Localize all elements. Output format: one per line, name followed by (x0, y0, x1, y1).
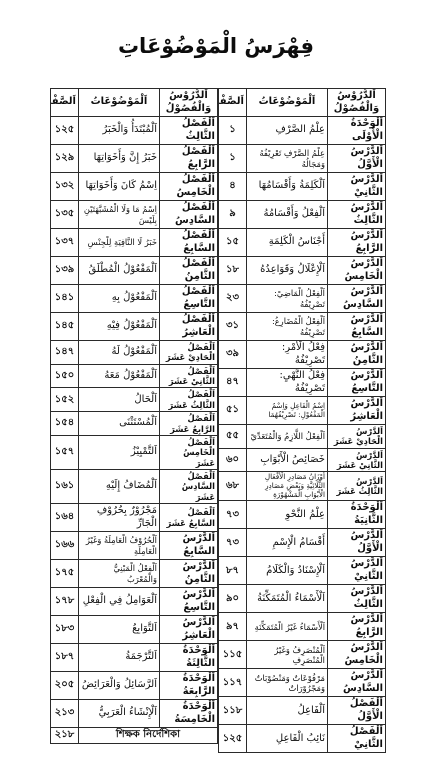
lesson-cell: اَلْفَصْلُ الْخَامِسُ (160, 173, 218, 201)
page-number-cell: ১৬১ (51, 469, 79, 503)
header-row: اَلدُّرُوْسُ وَالْفُصُوْلُاَلْمَوْضُوْعَ… (51, 89, 218, 117)
topic-cell: اَلتَّرْجَمَةُ (79, 644, 160, 672)
page-number-cell: ৯ (219, 201, 247, 229)
topic-cell: اَلْمُبْتَدَأُ وَالْخَبَرُ (79, 117, 160, 145)
toc-section-first: اَلدُّرُوْسُ وَالْفُصُوْلُاَلْمَوْضُوْعَ… (218, 88, 386, 753)
table-row: اَلدَّرْسُ السَّادِسُمَرْفُوْعَاتٌ وَمَن… (219, 669, 386, 697)
lesson-cell: اَلدَّرْسُ الثَّانِيْ عَشَرَ (328, 448, 386, 472)
table-row: اَلدَّرْسُ الْخَامِسُاَلْمُنْصَرِفُ وَغَ… (219, 641, 386, 669)
lesson-cell: اَلْفَصْلُ التَّاسِعُ (160, 285, 218, 313)
table-row: اَلْفَصْلُ الرَّابِعُخَبَرُ إِنَّ وَأَخَ… (51, 145, 218, 173)
table-row: اَلْوَحْدَةُ الثَّالِثَةُاَلتَّرْجَمَةُ১… (51, 644, 218, 672)
lesson-cell: اَلدَّرْسُ السَّابِعُ (160, 532, 218, 560)
page-number-cell: ১৩২ (51, 173, 79, 201)
topic-cell: اَلْإِعْلَالُ وَقَوَاعِدُهُ (247, 257, 328, 285)
topic-cell: أَقْسَامُ الْإِسْمِ (247, 529, 328, 557)
page-number-cell: ১ (219, 117, 247, 145)
table-row: শিক্ষক নির্দেশিকা২১৮ (51, 728, 218, 744)
table-row: اَلْفَصْلُ الثَّالِثُاَلْمُبْتَدَأُ وَال… (51, 117, 218, 145)
lesson-cell: اَلْفَصْلُ الثَّانِيْ عَشَرَ (160, 364, 218, 388)
topic-cell: نَائِبُ الْفَاعِلِ (247, 725, 328, 753)
table-row: اَلدَّرْسُ السَّادِسُاَلْفِعْلُ الْمَاضِ… (219, 285, 386, 313)
table-row: اَلْفَصْلُ السَّادِسُاِسْمُ مَا وَلَا ال… (51, 201, 218, 229)
lesson-cell: اَلْفَصْلُ الرَّابِعُ عَشَرَ (160, 412, 218, 436)
lesson-cell: اَلْفَصْلُ الْحَادِيْ عَشَرَ (160, 341, 218, 365)
page-number-cell: ১২৯ (51, 145, 79, 173)
table-row: اَلْوَحْدَةُ الْخَامِسَةُاَلْإِنْشَاءُ ا… (51, 700, 218, 728)
topic-cell: خَبَرُ لَا النَّافِيَةِ لِلْجِنْسِ (79, 229, 160, 257)
lesson-cell: اَلدَّرْسُ الثَّامِنُ (328, 341, 386, 369)
table-row: اَلْفَصْلُ الْعَاشِرُاَلْمَفْعُوْلُ فِيْ… (51, 313, 218, 341)
page-number-cell: ৬০ (219, 448, 247, 472)
lesson-cell: اَلْفَصْلُ الثَّالِثُ عَشَرَ (160, 388, 218, 412)
lesson-cell: اَلْفَصْلُ الْعَاشِرُ (160, 313, 218, 341)
lesson-cell: اَلْفَصْلُ السَّابِعُ عَشَرَ (160, 504, 218, 532)
topic-cell: فِعْلُ النَّهْيِ: تَصْرِيْفُهُ (247, 369, 328, 397)
page-number-cell: ১১৫ (219, 641, 247, 669)
column-header-lessons: اَلدُّرُوْسُ وَالْفُصُوْلُ (328, 89, 386, 117)
lesson-cell: اَلدَّرْسُ السَّادِسُ (328, 285, 386, 313)
page-number-cell: ৫১ (219, 397, 247, 425)
table-row: اَلدَّرْسُ الثَّانِيْ عَشَرَخَصَائِصُ ال… (219, 448, 386, 472)
lesson-cell: اَلدَّرْسُ الْحَادِيْ عَشَرَ (328, 425, 386, 449)
topic-cell: اَلْمَفْعُوْلُ بِهِ (79, 285, 160, 313)
topic-cell: اَلْفِعْلُ الْمَبْنِيُّ وَالْمُعْرَبُ (79, 560, 160, 588)
topic-cell: اَلْإِنْشَاءُ الْعَرَبِيُّ (79, 700, 160, 728)
page-number-cell: ১৫০ (51, 364, 79, 388)
column-header-page: اَلصَّفْحَةُ (51, 89, 79, 117)
page-number-cell: ১৬৪ (51, 504, 79, 532)
topic-cell: اَلْمَفْعُوْلُ لَهُ (79, 341, 160, 365)
lesson-cell: اَلدَّرْسُ الْخَامِسُ (328, 641, 386, 669)
lesson-cell: اَلدَّرْسُ الثَّالِثُ عَشَرَ (328, 472, 386, 501)
toc-section-second: اَلدُّرُوْسُ وَالْفُصُوْلُاَلْمَوْضُوْعَ… (50, 88, 218, 744)
lesson-cell: اَلدَّرْسُ الثَّالِثُ (328, 201, 386, 229)
page-number-cell: ১৭৮ (51, 588, 79, 616)
page-number-cell: ৪ (219, 173, 247, 201)
page-number-cell: ১১৮ (219, 697, 247, 725)
page-number-cell: ১৪১ (51, 285, 79, 313)
column-header-lessons: اَلدُّرُوْسُ وَالْفُصُوْلُ (160, 89, 218, 117)
topic-cell: اِسْمُ كَانَ وَأَخَوَاتِهَا (79, 173, 160, 201)
topic-cell: اَلْفَاعِلُ (247, 697, 328, 725)
table-row: اَلدَّرْسُ الثَّامِنُفِعْلُ الْأَمْرِ: ت… (219, 341, 386, 369)
page-number-cell: ৩১ (219, 313, 247, 341)
topic-cell: اَلْأَسْمَاءُ الْمُتَمَكِّنَةُ (247, 585, 328, 613)
lesson-cell: اَلْوَحْدَةُ الثَّالِثَةُ (160, 644, 218, 672)
lesson-cell: اَلْفَصْلُ الثَّالِثُ (160, 117, 218, 145)
topic-cell: اَلتَّمْيِيْزُ (79, 435, 160, 469)
page-number-cell: ৯০ (219, 585, 247, 613)
lesson-cell: اَلْفَصْلُ الْأَوَّلُ (328, 697, 386, 725)
lesson-cell: اَلدَّرْسُ الْأَوَّلُ (328, 145, 386, 173)
topic-cell: اَلْمُضَافُ إِلَيْهِ (79, 469, 160, 503)
lesson-cell: اَلْوَحْدَةُ الْأُوْلَى (328, 117, 386, 145)
table-row: اَلْفَصْلُ الثَّانِيْنَائِبُ الْفَاعِلِ১… (219, 725, 386, 753)
page-number-cell: ৫৫ (219, 425, 247, 449)
topic-cell: اَلْمُنْصَرِفُ وَغَيْرُ الْمُنْصَرِفِ (247, 641, 328, 669)
page-number-cell: ১৫৭ (51, 435, 79, 469)
lesson-cell: اَلدَّرْسُ الْأَوَّلُ (328, 529, 386, 557)
topic-cell: خَبَرُ إِنَّ وَأَخَوَاتِهَا (79, 145, 160, 173)
table-row: اَلدَّرْسُ الثَّالِثُاَلْأَسْمَاءُ الْمُ… (219, 585, 386, 613)
page-number-cell: ১১৭ (219, 669, 247, 697)
table-row: اَلْفَصْلُ الْحَادِيْ عَشَرَاَلْمَفْعُوْ… (51, 341, 218, 365)
table-row: اَلْفَصْلُ السَّابِعُ عَشَرَمَجْرُوْرٌ ب… (51, 504, 218, 532)
page-number-cell: ২১৩ (51, 700, 79, 728)
page-number-cell: ৬৮ (219, 472, 247, 501)
topic-cell: اَلْعَوَامِلُ فِي الْفِعْلِ (79, 588, 160, 616)
table-row: اَلدَّرْسُ السَّابِعُاَلْحُرُوْفُ الْعَا… (51, 532, 218, 560)
page-number-cell: ১৩৯ (51, 257, 79, 285)
lesson-cell: اَلدَّرْسُ الْعَاشِرُ (160, 616, 218, 644)
table-row: اَلْفَصْلُ الرَّابِعُ عَشَرَاَلْمُسْتَثْ… (51, 412, 218, 436)
page-number-cell: ১ (219, 145, 247, 173)
table-row: اَلْفَصْلُ الثَّامِنُاَلْمَفْعُوْلُ الْم… (51, 257, 218, 285)
table-row: اَلْوَحْدَةُ الرَّابِعَةُاَلرَّسَائِلُ و… (51, 672, 218, 700)
page-number-cell: ৩৯ (219, 341, 247, 369)
topic-cell: اَلْفِعْلُ اللَّازِمُ وَالْمُتَعَدِّيْ (247, 425, 328, 449)
column-header-topics: اَلْمَوْضُوْعَاتُ (79, 89, 160, 117)
topic-cell: فِعْلُ الْأَمْرِ: تَصْرِيْفُهُ (247, 341, 328, 369)
table-row: اَلدَّرْسُ التَّاسِعُاَلْعَوَامِلُ فِي ا… (51, 588, 218, 616)
lesson-cell: اَلدَّرْسُ الثَّانِيْ (328, 557, 386, 585)
page-number-cell: ১৫২ (51, 388, 79, 412)
page-number-cell: ১৫৪ (51, 412, 79, 436)
table-row: اَلدَّرْسُ التَّاسِعُفِعْلُ النَّهْيِ: ت… (219, 369, 386, 397)
table-row: اَلدَّرْسُ الثَّالِثُ عَشَرَأَوْزَانُ مَ… (219, 472, 386, 501)
topic-cell: أَجْنَاسُ الْكَلِمَةِ (247, 229, 328, 257)
lesson-cell: اَلْفَصْلُ الرَّابِعُ (160, 145, 218, 173)
topic-cell: مَرْفُوْعَاتٌ وَمَنْصُوْبَاتٌ وَمَجْرُوْ… (247, 669, 328, 697)
table-row: اَلدَّرْسُ الرَّابِعُأَجْنَاسُ الْكَلِمَ… (219, 229, 386, 257)
table-row: اَلدَّرْسُ الثَّانِيْاَلْإِسْنَادُ وَالْ… (219, 557, 386, 585)
lesson-cell: اَلْفَصْلُ السَّادِسُ عَشَرَ (160, 469, 218, 503)
table-row: اَلْفَصْلُ السَّادِسُ عَشَرَاَلْمُضَافُ … (51, 469, 218, 503)
lesson-cell: اَلدَّرْسُ الرَّابِعُ (328, 229, 386, 257)
table-row: اَلْفَصْلُ السَّابِعُخَبَرُ لَا النَّافِ… (51, 229, 218, 257)
topic-cell: اَلْفِعْلُ الْمَاضِيْ: تَصْرِيْفُهُ (247, 285, 328, 313)
lesson-cell: اَلدَّرْسُ الْخَامِسُ (328, 257, 386, 285)
lesson-cell: اَلدَّرْسُ السَّادِسُ (328, 669, 386, 697)
table-row: اَلْوَحْدَةُ الثَّانِيَةُعِلْمُ النَّحْو… (219, 501, 386, 529)
page-title: فِهْرَسُ الْمَوْضُوْعَاتِ (0, 34, 432, 58)
lesson-cell: اَلدَّرْسُ الثَّانِيْ (328, 173, 386, 201)
lesson-cell: اَلدَّرْسُ الثَّالِثُ (328, 585, 386, 613)
lesson-cell: اَلْوَحْدَةُ الْخَامِسَةُ (160, 700, 218, 728)
lesson-cell: اَلْوَحْدَةُ الرَّابِعَةُ (160, 672, 218, 700)
lesson-cell: اَلْفَصْلُ الثَّانِيْ (328, 725, 386, 753)
table-row: اَلدَّرْسُ الْعَاشِرُاِسْمُ الْفَاعِلِ و… (219, 397, 386, 425)
table-row: اَلدَّرْسُ الثَّالِثُاَلْفِعْلُ وَأَقْسَ… (219, 201, 386, 229)
table-row: اَلدَّرْسُ الْأَوَّلُعِلْمُ الصَّرْفِ تَ… (219, 145, 386, 173)
lesson-cell: اَلْفَصْلُ الْخَامِسُ عَشَرَ (160, 435, 218, 469)
page-number-cell: ১৮৭ (51, 644, 79, 672)
page-number-cell: ২১৮ (51, 728, 79, 744)
topic-cell: عِلْمُ النَّحْوِ (247, 501, 328, 529)
table-row: اَلْفَصْلُ الْأَوَّلُاَلْفَاعِلُ১১৮ (219, 697, 386, 725)
table-row: اَلْفَصْلُ الثَّانِيْ عَشَرَاَلْمَفْعُوْ… (51, 364, 218, 388)
topic-cell: اَلْكَلِمَةُ وَأَقْسَامُهَا (247, 173, 328, 201)
lesson-cell: اَلْفَصْلُ الثَّامِنُ (160, 257, 218, 285)
table-row: اَلدَّرْسُ الْأَوَّلُأَقْسَامُ الْإِسْمِ… (219, 529, 386, 557)
page-number-cell: ১২৫ (219, 725, 247, 753)
topic-cell: اِسْمُ مَا وَلَا الْمُشَبَّهَتَيْنِ بِلَ… (79, 201, 160, 229)
topic-cell: اِسْمُ الْفَاعِلِ وَاِسْمُ الْمَفْعُوْلِ… (247, 397, 328, 425)
topic-cell: اَلْمَفْعُوْلُ الْمُطْلَقُ (79, 257, 160, 285)
lesson-cell: اَلدَّرْسُ التَّاسِعُ (160, 588, 218, 616)
topic-cell: اَلْمُسْتَثْنَى (79, 412, 160, 436)
topic-cell: اَلْفِعْلُ وَأَقْسَامُهُ (247, 201, 328, 229)
table-row: اَلدَّرْسُ الْعَاشِرُاَلتَّوَابِعُ১৮৩ (51, 616, 218, 644)
page-number-cell: ১৪৭ (51, 341, 79, 365)
table-row: اَلْفَصْلُ الْخَامِسُاِسْمُ كَانَ وَأَخَ… (51, 173, 218, 201)
topic-cell: أَوْزَانُ مَصَادِرِ الْأَفْعَالِ الثُّلَ… (247, 472, 328, 501)
page-number-cell: ৯৭ (219, 613, 247, 641)
page-number-cell: ১২৫ (51, 117, 79, 145)
column-header-topics: اَلْمَوْضُوْعَاتُ (247, 89, 328, 117)
page-number-cell: ১৮ (219, 257, 247, 285)
topic-cell: اَلْأَسْمَاءُ غَيْرُ الْمُتَمَكِّنَةِ (247, 613, 328, 641)
page-number-cell: ১৭৫ (51, 560, 79, 588)
topic-cell: اَلْمَفْعُوْلُ فِيْهِ (79, 313, 160, 341)
lesson-cell: اَلْفَصْلُ السَّادِسُ (160, 201, 218, 229)
topic-cell: اَلْمَفْعُوْلُ مَعَهُ (79, 364, 160, 388)
table-row: اَلْفَصْلُ التَّاسِعُاَلْمَفْعُوْلُ بِهِ… (51, 285, 218, 313)
page-number-cell: ৭৩ (219, 501, 247, 529)
column-header-page: اَلصَّفْحَةُ (219, 89, 247, 117)
table-row: اَلدَّرْسُ الثَّامِنُاَلْفِعْلُ الْمَبْن… (51, 560, 218, 588)
lesson-cell: اَلْوَحْدَةُ الثَّانِيَةُ (328, 501, 386, 529)
lesson-cell: اَلدَّرْسُ السَّابِعُ (328, 313, 386, 341)
page-number-cell: ৮৭ (219, 557, 247, 585)
topic-cell: مَجْرُوْرٌ بِحُرُوْفِ الْجَارِّ (79, 504, 160, 532)
topic-cell: اَلْفِعْلُ الْمُضَارِعُ: تَصْرِيْفُهُ (247, 313, 328, 341)
header-row: اَلدُّرُوْسُ وَالْفُصُوْلُاَلْمَوْضُوْعَ… (219, 89, 386, 117)
lesson-cell: اَلدَّرْسُ الرَّابِعُ (328, 613, 386, 641)
table-row: اَلدَّرْسُ الْحَادِيْ عَشَرَاَلْفِعْلُ ا… (219, 425, 386, 449)
page-number-cell: ১৬৬ (51, 532, 79, 560)
topic-cell: اَلْحُرُوْفُ الْعَامِلَةُ وَغَيْرُ الْعَ… (79, 532, 160, 560)
page-number-cell: ২৩ (219, 285, 247, 313)
page-number-cell: ৭৩ (219, 529, 247, 557)
topic-cell: عِلْمُ الصَّرْفِ تَعْرِيْفُهُ وَمَجَالُه… (247, 145, 328, 173)
topic-cell: عِلْمُ الصَّرْفِ (247, 117, 328, 145)
page-number-cell: ১৪৫ (51, 313, 79, 341)
table-row: اَلدَّرْسُ السَّابِعُاَلْفِعْلُ الْمُضَا… (219, 313, 386, 341)
page-number-cell: ১৩৫ (51, 201, 79, 229)
topic-cell: اَلتَّوَابِعُ (79, 616, 160, 644)
page-number-cell: ১৩৭ (51, 229, 79, 257)
table-row: اَلْفَصْلُ الثَّالِثُ عَشَرَاَلْحَالُ১৫২ (51, 388, 218, 412)
table-row: اَلدَّرْسُ الرَّابِعُاَلْأَسْمَاءُ غَيْر… (219, 613, 386, 641)
table-row: اَلْفَصْلُ الْخَامِسُ عَشَرَاَلتَّمْيِيْ… (51, 435, 218, 469)
page-number-cell: ১৫ (219, 229, 247, 257)
teachers-guide-cell: শিক্ষক নির্দেশিকা (79, 728, 218, 744)
lesson-cell: اَلدَّرْسُ الثَّامِنُ (160, 560, 218, 588)
topic-cell: اَلْإِسْنَادُ وَالْكَلَامُ (247, 557, 328, 585)
toc-table: اَلدُّرُوْسُ وَالْفُصُوْلُاَلْمَوْضُوْعَ… (52, 88, 386, 753)
lesson-cell: اَلدَّرْسُ التَّاسِعُ (328, 369, 386, 397)
page-number-cell: ২০৫ (51, 672, 79, 700)
topic-cell: اَلرَّسَائِلُ وَالْعَرَائِضُ (79, 672, 160, 700)
table-row: اَلدَّرْسُ الْخَامِسُاَلْإِعْلَالُ وَقَو… (219, 257, 386, 285)
scanned-book-page: { "title": "فِهْرَسُ الْمَوْضُوْعَاتِ", … (0, 0, 432, 768)
lesson-cell: اَلْفَصْلُ السَّابِعُ (160, 229, 218, 257)
table-row: اَلدَّرْسُ الثَّانِيْاَلْكَلِمَةُ وَأَقْ… (219, 173, 386, 201)
page-number-cell: ৪৭ (219, 369, 247, 397)
lesson-cell: اَلدَّرْسُ الْعَاشِرُ (328, 397, 386, 425)
topic-cell: اَلْحَالُ (79, 388, 160, 412)
table-row: اَلْوَحْدَةُ الْأُوْلَىعِلْمُ الصَّرْفِ১ (219, 117, 386, 145)
page-number-cell: ১৮৩ (51, 616, 79, 644)
topic-cell: خَصَائِصُ الْأَبْوَابِ (247, 448, 328, 472)
